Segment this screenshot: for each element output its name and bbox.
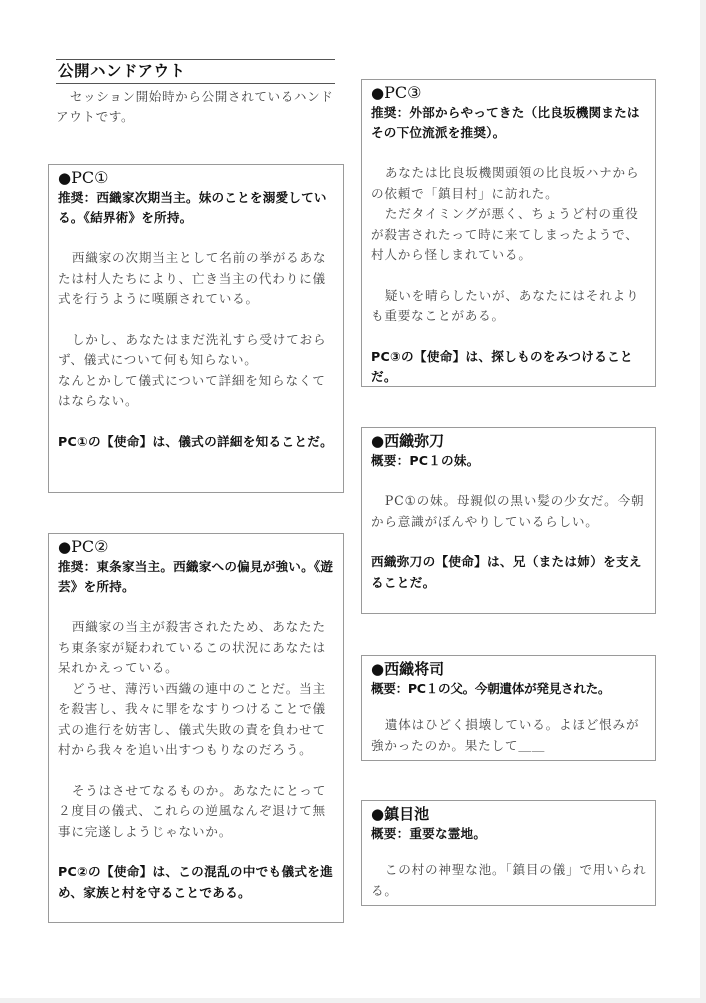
card-paragraph: ただタイミングが悪く、ちょうど村の重役が殺害されたって時に来てしまったようで、村… (371, 204, 647, 266)
bullet-icon: ● (371, 432, 384, 450)
card-title-text: PC③ (384, 83, 421, 102)
page-edge-bottom (0, 998, 706, 1003)
card-mission: PC①の【使命】は、儀式の詳細を知ることだ。 (58, 432, 335, 453)
section-title: 公開ハンドアウト (56, 60, 335, 83)
card-paragraph: 遺体はひどく損壊している。よほど恨みが強かったのか。果たして＿＿ (371, 715, 647, 756)
card-title: ●西織弥刀 (371, 431, 647, 451)
handout-card-pc1: ●PC① 推奨：西織家次期当主。妹のことを溺愛している。《結界術》を所持。 西織… (48, 164, 344, 493)
card-title-text: 西織弥刀 (384, 432, 444, 450)
card-title-text: 西織将司 (384, 660, 444, 678)
bullet-icon: ● (58, 169, 71, 187)
card-subtitle: 推奨：西織家次期当主。妹のことを溺愛している。《結界術》を所持。 (58, 188, 335, 228)
card-paragraph: 疑いを晴らしたいが、あなたにはそれよりも重要なことがある。 (371, 286, 647, 327)
card-mission: PC②の【使命】は、この混乱の中でも儀式を進め、家族と村を守ることである。 (58, 862, 335, 903)
card-body: PC①の妹。母親似の黒い髪の少女だ。今朝から意識がぼんやりしているらしい。 (371, 491, 647, 532)
card-paragraph: しかし、あなたはまだ洗礼すら受けておらず、儀式について何も知らない。 (58, 330, 335, 371)
card-title-text: PC② (71, 537, 108, 556)
handout-card-shizume-pond: ●鎮目池 概要：重要な霊地。 この村の神聖な池。「鎮目の儀」で用いられる。 (361, 800, 656, 906)
card-subtitle: 推奨：外部からやってきた（比良坂機関またはその下位流派を推奨）。 (371, 103, 647, 143)
bullet-icon: ● (371, 660, 384, 678)
card-paragraph: 西織家の次期当主として名前の挙がるあなたは村人たちにより、亡き当主の代わりに儀式… (58, 248, 335, 310)
card-title: ●鎮目池 (371, 804, 647, 824)
card-paragraph: 西織家の当主が殺害されたため、あなたたち東条家が疑われているこの状況にあなたは呆… (58, 617, 335, 679)
card-subtitle: 概要：重要な霊地。 (371, 824, 647, 844)
card-paragraph: どうせ、薄汚い西織の連中のことだ。当主を殺害し、我々に罪をなすりつけることで儀式… (58, 679, 335, 761)
handout-card-pc2: ●PC② 推奨：東条家当主。西織家への偏見が強い。《遊芸》を所持。 西織家の当主… (48, 533, 344, 923)
card-title-text: PC① (71, 168, 108, 187)
card-subtitle: 推奨：東条家当主。西織家への偏見が強い。《遊芸》を所持。 (58, 557, 335, 597)
card-body: 西織家の次期当主として名前の挙がるあなたは村人たちにより、亡き当主の代わりに儀式… (58, 248, 335, 412)
card-subtitle: 概要：PC１の妹。 (371, 451, 647, 471)
card-subtitle: 概要：PC１の父。今朝遺体が発見された。 (371, 679, 647, 699)
card-title: ●PC③ (371, 83, 647, 103)
bullet-icon: ● (371, 84, 384, 102)
card-body: この村の神聖な池。「鎮目の儀」で用いられる。 (371, 860, 647, 901)
bullet-icon: ● (371, 805, 384, 823)
card-body: あなたは比良坂機関頭領の比良坂ハナからの依頼で「鎮目村」に訪れた。 ただタイミン… (371, 163, 647, 327)
handout-card-nishiori-shoji: ●西織将司 概要：PC１の父。今朝遺体が発見された。 遺体はひどく損壊している。… (361, 655, 656, 761)
page-edge-right (700, 0, 706, 1003)
card-title: ●PC① (58, 168, 335, 188)
section-description: セッション開始時から公開されているハンドアウトです。 (56, 84, 335, 127)
bullet-icon: ● (58, 538, 71, 556)
card-title-text: 鎮目池 (384, 805, 429, 823)
card-mission: 西織弥刀の【使命】は、兄（または姉）を支えることだ。 (371, 552, 647, 593)
handout-card-pc3: ●PC③ 推奨：外部からやってきた（比良坂機関またはその下位流派を推奨）。 あな… (361, 79, 656, 387)
card-body: 西織家の当主が殺害されたため、あなたたち東条家が疑われているこの状況にあなたは呆… (58, 617, 335, 842)
card-paragraph: なんとかして儀式について詳細を知らなくてはならない。 (58, 371, 335, 412)
card-mission: PC③の【使命】は、探しものをみつけることだ。 (371, 347, 647, 388)
card-paragraph: この村の神聖な池。「鎮目の儀」で用いられる。 (371, 860, 647, 901)
card-paragraph: PC①の妹。母親似の黒い髪の少女だ。今朝から意識がぼんやりしているらしい。 (371, 491, 647, 532)
card-paragraph: あなたは比良坂機関頭領の比良坂ハナからの依頼で「鎮目村」に訪れた。 (371, 163, 647, 204)
handout-section-header: 公開ハンドアウト セッション開始時から公開されているハンドアウトです。 (56, 59, 335, 127)
card-title: ●西織将司 (371, 659, 647, 679)
handout-card-nishiori-mito: ●西織弥刀 概要：PC１の妹。 PC①の妹。母親似の黒い髪の少女だ。今朝から意識… (361, 427, 656, 614)
card-body: 遺体はひどく損壊している。よほど恨みが強かったのか。果たして＿＿ (371, 715, 647, 756)
card-title: ●PC② (58, 537, 335, 557)
card-paragraph: そうはさせてなるものか。あなたにとって２度目の儀式、これらの逆風なんぞ退けて無事… (58, 781, 335, 843)
